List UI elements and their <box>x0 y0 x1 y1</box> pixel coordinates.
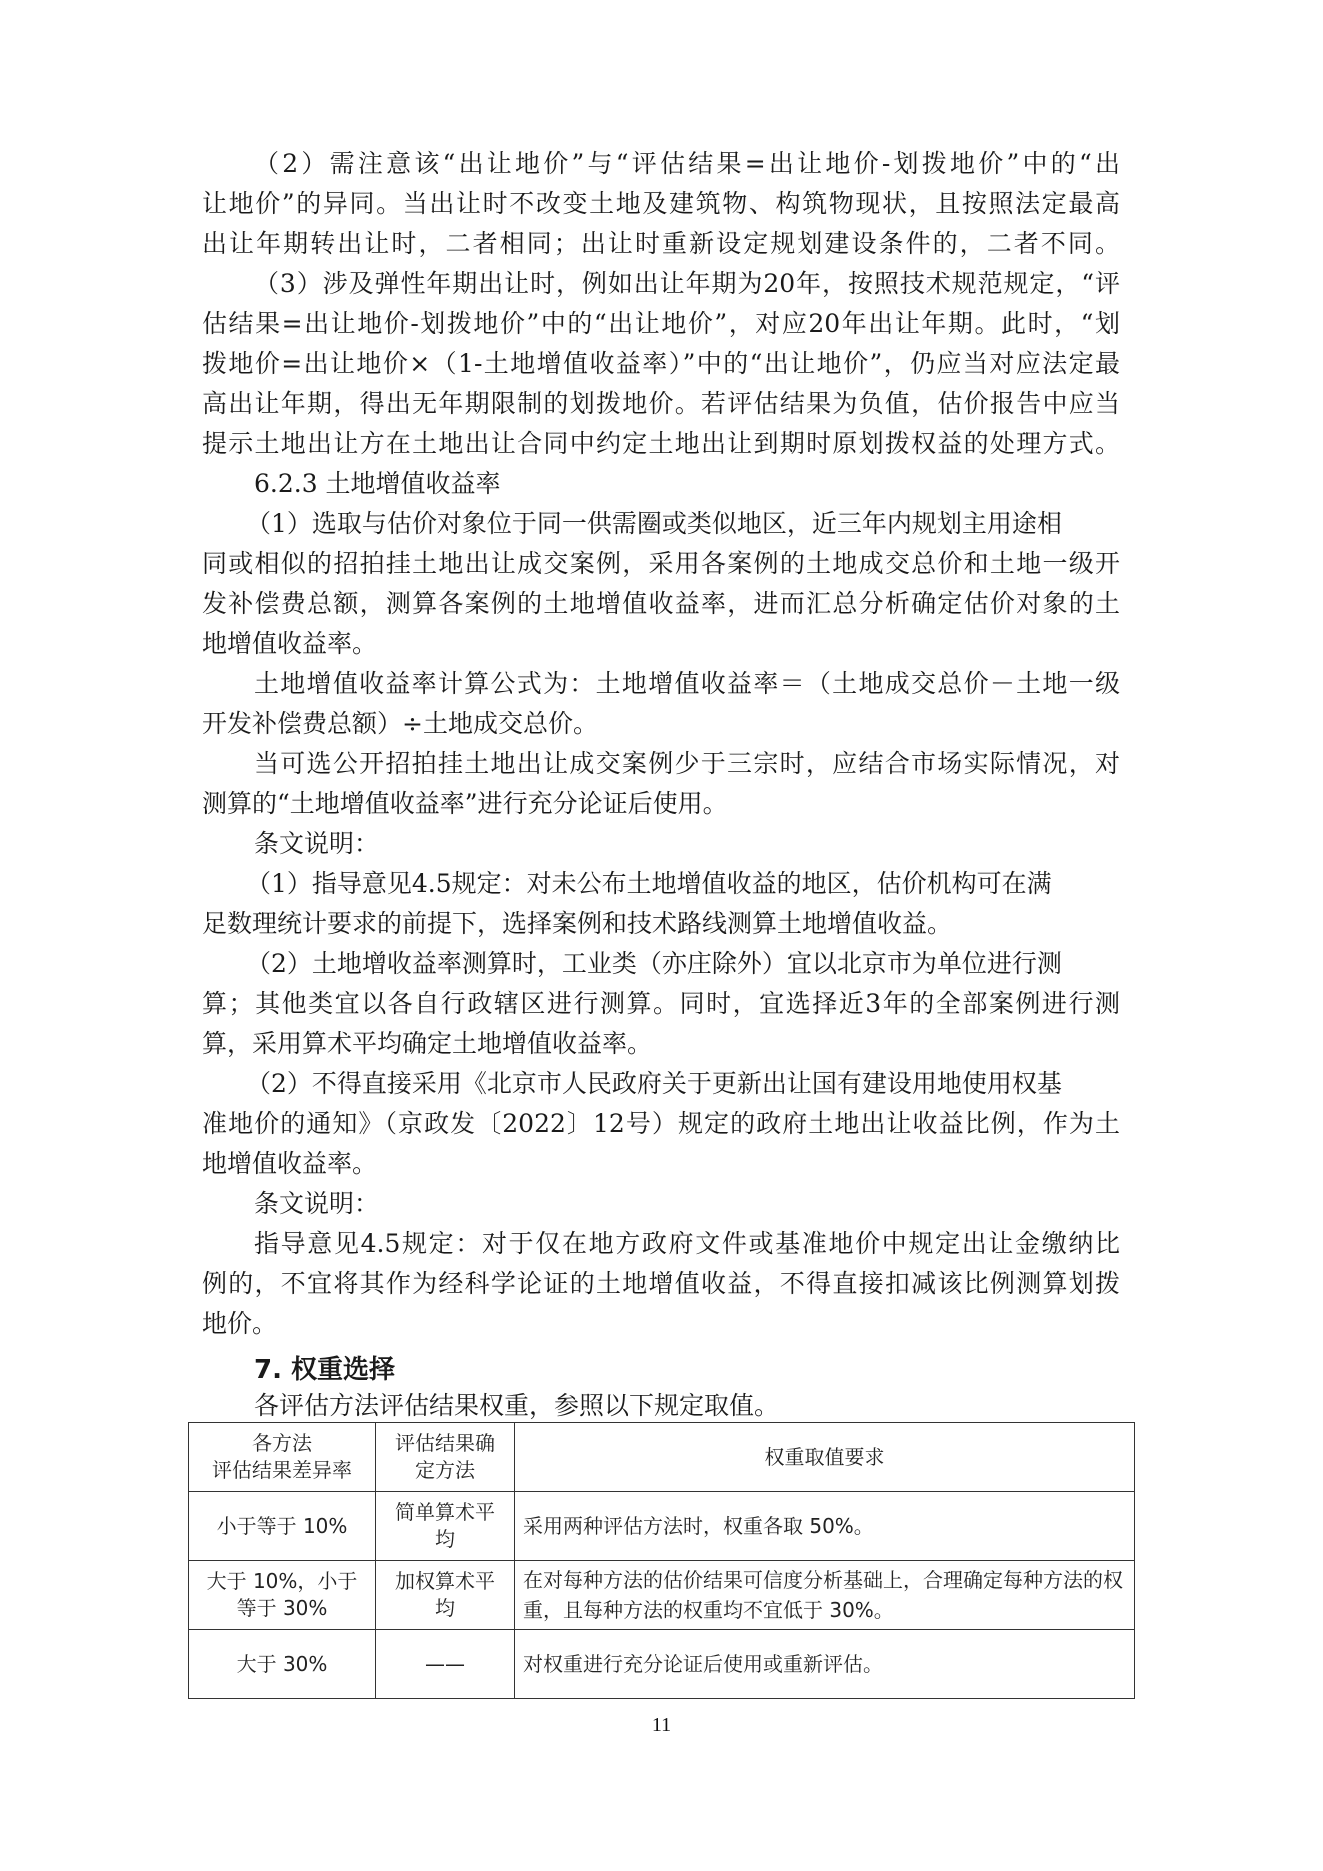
cell-requirement: 在对每种方法的估价结果可信度分析基础上，合理确定每种方法的权重，且每种方法的权重… <box>515 1561 1135 1630</box>
text-line: （2）土地增收益率测算时，工业类（亦庄除外）宜以北京市为单位进行测 <box>202 944 1120 984</box>
text-line: 例的，不宜将其作为经科学论证的土地增值收益，不得直接扣减该比例测算划拨 <box>202 1264 1120 1304</box>
text-line: 土地增值收益率计算公式为：土地增值收益率＝（土地成交总价－土地一级 <box>202 664 1120 704</box>
header-method: 评估结果确 定方法 <box>376 1423 515 1492</box>
text-line: （1）指导意见4.5规定：对未公布土地增值收益的地区，估价机构可在满 <box>202 864 1120 904</box>
text-line: 足数理统计要求的前提下，选择案例和技术路线测算土地增值收益。 <box>202 904 1120 944</box>
section-heading-weight-selection: 7. 权重选择 <box>254 1352 395 1388</box>
text-line: 提示土地出让方在土地出让合同中约定土地出让到期时原划拨权益的处理方式。 <box>202 424 1120 464</box>
text-line: 发补偿费总额，测算各案例的土地增值收益率，进而汇总分析确定估价对象的土 <box>202 584 1120 624</box>
cell-method: —— <box>376 1630 515 1699</box>
text-line: 条文说明： <box>202 1184 1120 1224</box>
text-line: 开发补偿费总额）÷土地成交总价。 <box>202 704 1120 744</box>
text-line: （2）需注意该“出让地价”与“评估结果=出让地价-划拨地价”中的“出 <box>202 144 1120 184</box>
weights-table: 各方法 评估结果差异率 评估结果确 定方法 权重取值要求 小于等于 10% 简单… <box>188 1422 1135 1699</box>
text-line: 算；其他类宜以各自行政辖区进行测算。同时，宜选择近3年的全部案例进行测 <box>202 984 1120 1024</box>
cell-method: 简单算术平 均 <box>376 1492 515 1561</box>
text-line: 算，采用算术平均确定土地增值收益率。 <box>202 1024 1120 1064</box>
text-line: （1）选取与估价对象位于同一供需圈或类似地区，近三年内规划主用途相 <box>202 504 1120 544</box>
text-line: 同或相似的招拍挂土地出让成交案例，采用各案例的土地成交总价和土地一级开 <box>202 544 1120 584</box>
cell-requirement: 对权重进行充分论证后使用或重新评估。 <box>515 1630 1135 1699</box>
text-line: 地增值收益率。 <box>202 1144 1120 1184</box>
section-intro: 各评估方法评估结果权重，参照以下规定取值。 <box>254 1388 779 1424</box>
text-line: 测算的“土地增值收益率”进行充分论证后使用。 <box>202 784 1120 824</box>
header-requirement: 权重取值要求 <box>515 1423 1135 1492</box>
text-line: 出让年期转出让时，二者相同；出让时重新设定规划建设条件的，二者不同。 <box>202 224 1120 264</box>
table-row: 小于等于 10% 简单算术平 均 采用两种评估方法时，权重各取 50%。 <box>189 1492 1135 1561</box>
table-header-row: 各方法 评估结果差异率 评估结果确 定方法 权重取值要求 <box>189 1423 1135 1492</box>
text-line: （3）涉及弹性年期出让时，例如出让年期为20年，按照技术规范规定，“评 <box>202 264 1120 304</box>
text-line: （2）不得直接采用《北京市人民政府关于更新出让国有建设用地使用权基 <box>202 1064 1120 1104</box>
text-line: 6.2.3 土地增值收益率 <box>202 464 1120 504</box>
cell-diff-rate: 大于 10%，小于 等于 30% <box>189 1561 376 1630</box>
text-line: 准地价的通知》（京政发〔2022〕12号）规定的政府土地出让收益比例，作为土 <box>202 1104 1120 1144</box>
text-line: 高出让年期，得出无年期限制的划拨地价。若评估结果为负值，估价报告中应当 <box>202 384 1120 424</box>
header-diff-rate: 各方法 评估结果差异率 <box>189 1423 376 1492</box>
page-number: 11 <box>0 1714 1323 1737</box>
text-line: 让地价”的异同。当出让时不改变土地及建筑物、构筑物现状，且按照法定最高 <box>202 184 1120 224</box>
cell-requirement: 采用两种评估方法时，权重各取 50%。 <box>515 1492 1135 1561</box>
text-line: 地价。 <box>202 1304 1120 1344</box>
text-line: 地增值收益率。 <box>202 624 1120 664</box>
text-line: 估结果=出让地价-划拨地价”中的“出让地价”，对应20年出让年期。此时，“划 <box>202 304 1120 344</box>
table-row: 大于 30% —— 对权重进行充分论证后使用或重新评估。 <box>189 1630 1135 1699</box>
cell-method: 加权算术平 均 <box>376 1561 515 1630</box>
text-line: 拨地价=出让地价×（1-土地增值收益率）”中的“出让地价”，仍应当对应法定最 <box>202 344 1120 384</box>
cell-diff-rate: 大于 30% <box>189 1630 376 1699</box>
document-page: （2）需注意该“出让地价”与“评估结果=出让地价-划拨地价”中的“出让地价”的异… <box>0 0 1323 1871</box>
text-line: 条文说明： <box>202 824 1120 864</box>
table-row: 大于 10%，小于 等于 30% 加权算术平 均 在对每种方法的估价结果可信度分… <box>189 1561 1135 1630</box>
body-text: （2）需注意该“出让地价”与“评估结果=出让地价-划拨地价”中的“出让地价”的异… <box>202 144 1120 1344</box>
cell-diff-rate: 小于等于 10% <box>189 1492 376 1561</box>
text-line: 当可选公开招拍挂土地出让成交案例少于三宗时，应结合市场实际情况，对 <box>202 744 1120 784</box>
text-line: 指导意见4.5规定：对于仅在地方政府文件或基准地价中规定出让金缴纳比 <box>202 1224 1120 1264</box>
